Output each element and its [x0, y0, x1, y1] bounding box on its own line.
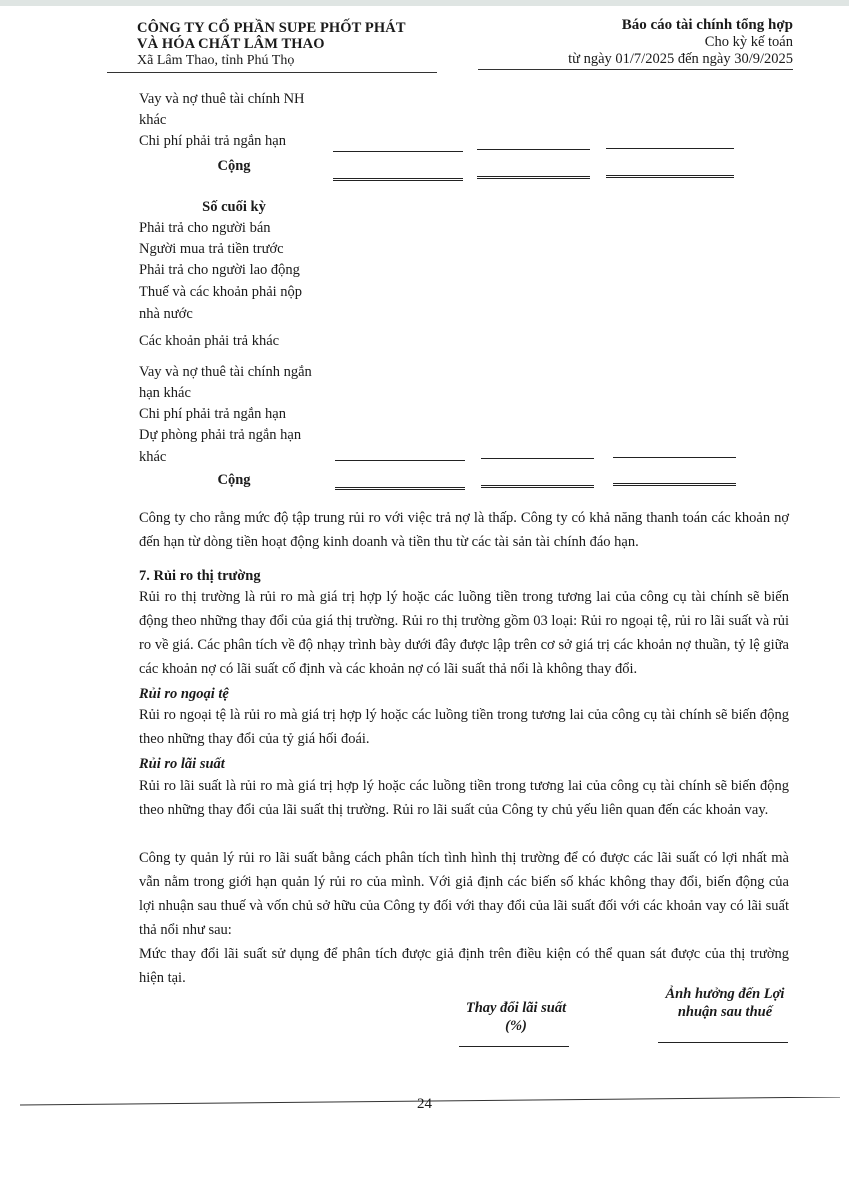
total-double-rule	[335, 487, 465, 490]
row-label: Các khoản phải trả khác	[139, 331, 339, 352]
row-label: Dự phòng phải trả ngắn hạn khác	[139, 424, 319, 468]
row-label: Phải trả cho người lao động	[139, 260, 339, 281]
row-label: Chi phí phải trả ngắn hạn	[139, 404, 339, 425]
page-number: 24	[0, 1096, 849, 1113]
interest-risk-paragraph-3: Mức thay đổi lãi suất sử dụng để phân tí…	[139, 942, 789, 990]
row-label: Vay và nợ thuê tài chính NH khác	[139, 89, 324, 131]
report-title: Báo cáo tài chính tổng hợp	[568, 16, 793, 34]
interest-risk-paragraph-2: Công ty quản lý rủi ro lãi suất bằng các…	[139, 846, 789, 942]
subtotal-rule	[333, 151, 463, 152]
scan-edge	[0, 0, 849, 6]
total-label: Cộng	[139, 156, 329, 177]
interest-risk-paragraph-1: Rủi ro lãi suất là rủi ro mà giá trị hợp…	[139, 774, 789, 822]
subtotal-rule	[481, 458, 594, 459]
col-header-profit-effect: Ảnh hưởng đến Lợi nhuận sau thuế	[655, 985, 795, 1021]
report-header: Báo cáo tài chính tổng hợp Cho kỳ kế toá…	[568, 16, 793, 70]
company-name-line2: VÀ HÓA CHẤT LÂM THAO	[137, 36, 437, 52]
subtotal-rule	[606, 148, 734, 149]
section-title: Số cuối kỳ	[139, 197, 329, 218]
fx-risk-paragraph: Rủi ro ngoại tệ là rủi ro mà giá trị hợp…	[139, 703, 789, 751]
company-header: CÔNG TY CỔ PHẦN SUPE PHỐT PHÁT VÀ HÓA CH…	[137, 20, 437, 69]
col-header-rule	[658, 1042, 788, 1043]
period-range: từ ngày 01/7/2025 đến ngày 30/9/2025	[568, 51, 793, 68]
row-label: Người mua trả tiền trước	[139, 239, 339, 260]
col-header-rule	[459, 1046, 569, 1047]
company-name-line1: CÔNG TY CỔ PHẦN SUPE PHỐT PHÁT	[137, 20, 437, 36]
total-double-rule	[333, 178, 463, 181]
liquidity-paragraph: Công ty cho rằng mức độ tập trung rủi ro…	[139, 506, 789, 554]
interest-risk-heading: Rủi ro lãi suất	[139, 752, 789, 776]
header-rule-left	[107, 72, 437, 73]
total-double-rule	[477, 176, 590, 179]
total-double-rule	[613, 483, 736, 486]
period-label: Cho kỳ kế toán	[568, 34, 793, 51]
market-risk-paragraph: Rủi ro thị trường là rủi ro mà giá trị h…	[139, 585, 789, 681]
total-double-rule	[606, 175, 734, 178]
row-label: Chi phí phải trả ngắn hạn	[139, 131, 339, 152]
row-label: Vay và nợ thuê tài chính ngắn hạn khác	[139, 362, 329, 404]
total-label: Cộng	[139, 470, 329, 491]
row-label: Thuế và các khoản phải nộp nhà nước	[139, 281, 314, 325]
header-rule-right	[478, 69, 793, 70]
row-label: Phải trả cho người bán	[139, 218, 339, 239]
total-double-rule	[481, 485, 594, 488]
col-header-rate-change: Thay đổi lãi suất (%)	[462, 999, 570, 1035]
company-address: Xã Lâm Thao, tỉnh Phú Thọ	[137, 52, 437, 69]
subtotal-rule	[335, 460, 465, 461]
subtotal-rule	[477, 149, 590, 150]
subtotal-rule	[613, 457, 736, 458]
